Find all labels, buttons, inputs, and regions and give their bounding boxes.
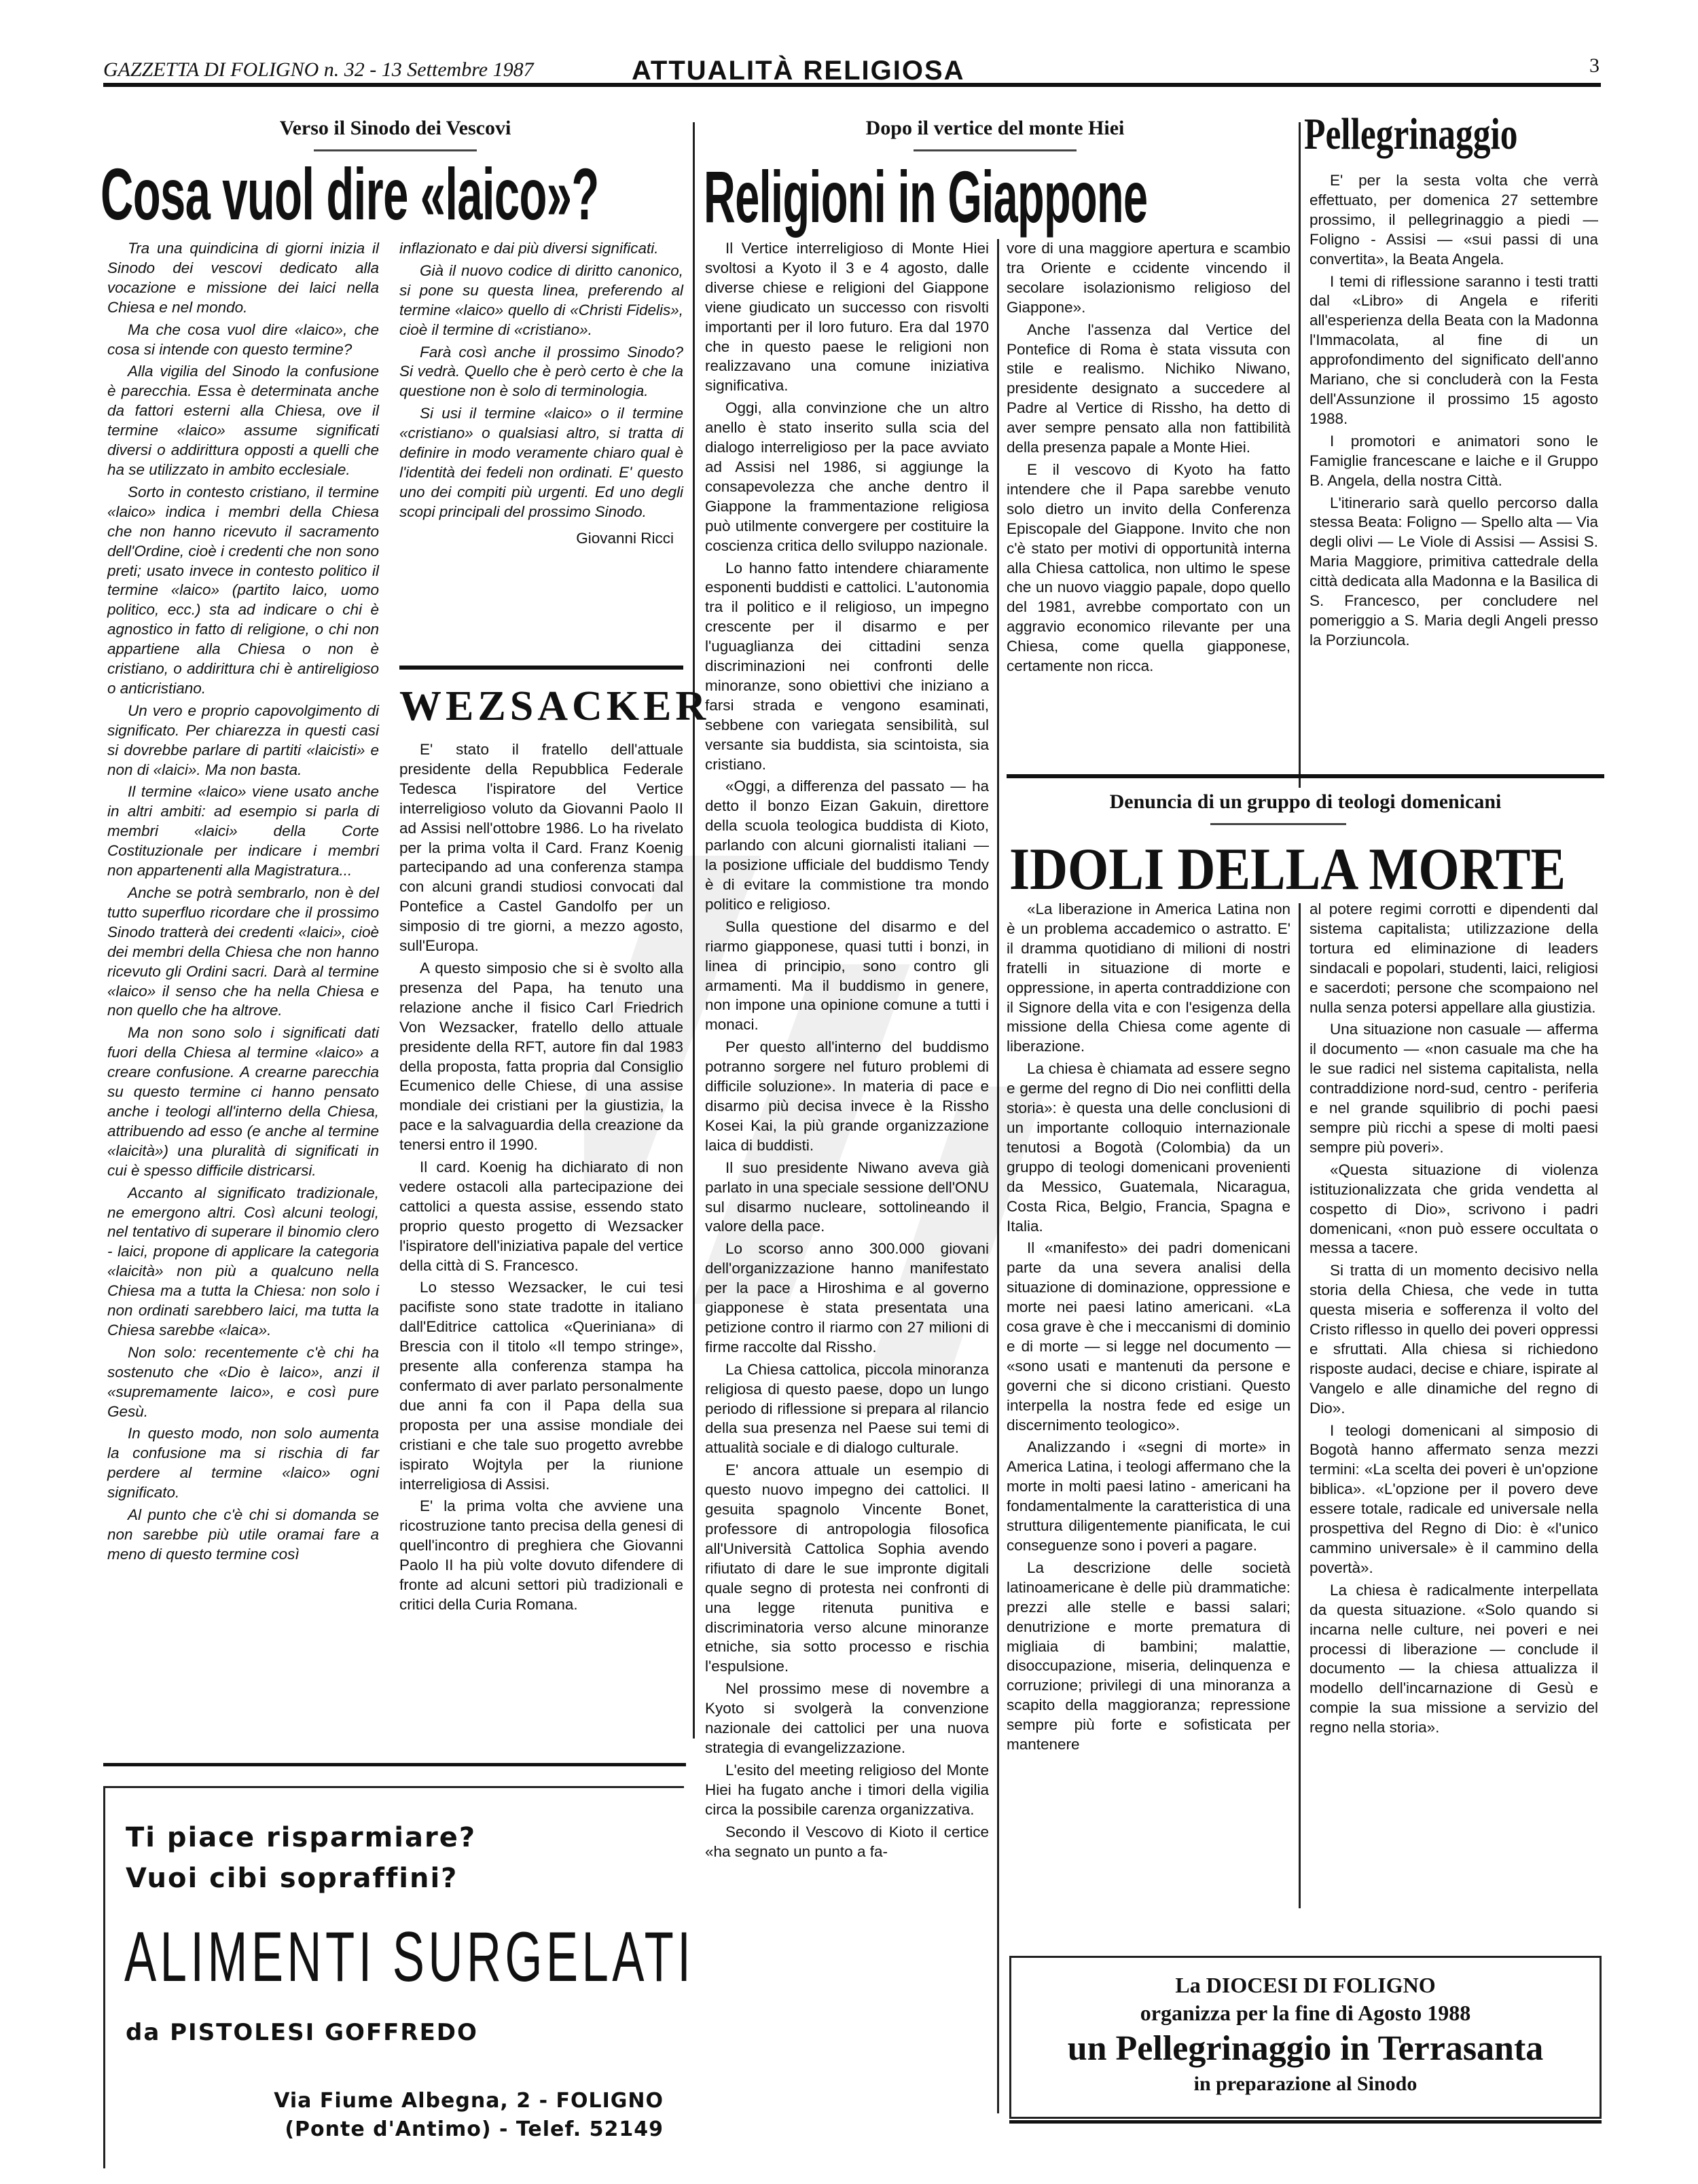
column-divider (997, 239, 999, 2113)
paragraph: Il suo presidente Niwano aveva già parla… (705, 1159, 989, 1237)
section-rule (399, 666, 683, 670)
paragraph: Il termine «laico» viene usato anche in … (107, 782, 379, 881)
article-headline: Religioni in Giappone (704, 160, 1147, 234)
article-giappone-kicker-block: Dopo il vertice del monte Hiei (700, 117, 1290, 151)
paragraph: «La liberazione in America Latina non è … (1007, 900, 1290, 1057)
paragraph: «Questa situazione di violenza istituzio… (1309, 1161, 1598, 1259)
paragraph: Tra una quindicina di giorni inizia il S… (107, 239, 379, 318)
ad-address: Via Fiume Albegna, 2 - FOLIGNO (Ponte d'… (274, 2087, 664, 2144)
paragraph: Sulla questione del disarmo e del riarmo… (705, 917, 989, 1035)
paragraph: Oggi, alla convinzione che un altro anel… (705, 399, 989, 556)
paragraph: L'itinerario sarà quello percorso dalla … (1309, 494, 1598, 651)
paragraph: al potere regimi corrotti e dipendenti d… (1309, 900, 1598, 1017)
paragraph: vore di una maggiore apertura e scambio … (1007, 239, 1290, 318)
article-headline: Cosa vuol dire «laico»? (101, 158, 599, 231)
paragraph: Lo scorso anno 300.000 giovani dell'orga… (705, 1239, 989, 1357)
paragraph: Anche l'assenza dal Vertice del Pontefic… (1007, 321, 1290, 458)
author-signature: Giovanni Ricci (399, 529, 683, 549)
ad-line: organizza per la fine di Agosto 1988 (1011, 2001, 1600, 2026)
ad-line: Vuoi cibi sopraffini? (126, 1863, 458, 1894)
ad-line: Ti piace risparmiare? (126, 1822, 476, 1853)
paragraph: In questo modo, non solo aumenta la conf… (107, 1424, 379, 1503)
article-laico-col2: inflazionato e dai più diversi significa… (399, 239, 683, 549)
page-number: 3 (1589, 54, 1600, 77)
paragraph: E' per la sesta volta che verrà effettua… (1309, 171, 1598, 270)
paragraph: I promotori e animatori sono le Famiglie… (1309, 432, 1598, 491)
section-title: ATTUALITÀ RELIGIOSA (632, 56, 965, 86)
section-rule (1007, 774, 1604, 778)
ad-main-title: un Pellegrinaggio in Terrasanta (1011, 2028, 1600, 2069)
paragraph: Alla vigilia del Sinodo la confusione è … (107, 362, 379, 479)
paragraph: Il Vertice interreligioso di Monte Hiei … (705, 239, 989, 396)
paragraph: La chiesa è chiamata ad essere segno e g… (1007, 1059, 1290, 1236)
ad-main-title: ALIMENTI SURGELATI (124, 1917, 694, 1998)
column-divider (1299, 903, 1301, 1908)
article-headline: WEZSACKER (399, 682, 683, 731)
article-laico-col1: Tra una quindicina di giorni inizia il S… (107, 239, 379, 1567)
column-divider (693, 122, 695, 1739)
paragraph: Si tratta di un momento decisivo nella s… (1309, 1261, 1598, 1418)
article-kicker: Verso il Sinodo dei Vescovi (103, 117, 687, 140)
paragraph: Al punto che c'è chi si domanda se non s… (107, 1506, 379, 1565)
ad-surgelati: Ti piace risparmiare? Vuoi cibi sopraffi… (103, 1786, 684, 2168)
paragraph: inflazionato e dai più diversi significa… (399, 239, 683, 259)
paragraph: I temi di riflessione saranno i testi tr… (1309, 272, 1598, 429)
paragraph: La Chiesa cattolica, piccola minoranza r… (705, 1360, 989, 1459)
paragraph: La chiesa è radicalmente interpellata da… (1309, 1581, 1598, 1738)
article-idoli-col1: «La liberazione in America Latina non è … (1007, 900, 1290, 1758)
ad-terrasanta: La DIOCESI DI FOLIGNO organizza per la f… (1009, 1956, 1602, 2119)
article-headline: IDOLI DELLA MORTE (1009, 835, 1566, 904)
paragraph: E il vescovo di Kyoto ha fatto intendere… (1007, 460, 1290, 676)
paragraph: Si usi il termine «laico» o il termine «… (399, 404, 683, 522)
ad-top-rule (103, 1763, 686, 1766)
paragraph: L'esito del meeting religioso del Monte … (705, 1761, 989, 1820)
paragraph: Secondo il Vescovo di Kioto il certice «… (705, 1823, 989, 1862)
masthead-paper-info: GAZZETTA DI FOLIGNO n. 32 - 13 Settembre… (103, 58, 534, 81)
kicker-underline (314, 149, 477, 151)
paragraph: E' la prima volta che avviene una ricost… (399, 1497, 683, 1614)
paragraph: Già il nuovo codice di diritto canonico,… (399, 261, 683, 340)
article-giappone-col1: Il Vertice interreligioso di Monte Hiei … (705, 239, 989, 1864)
kicker-underline (914, 149, 1077, 151)
article-idoli-col2: al potere regimi corrotti e dipendenti d… (1309, 900, 1598, 1741)
column-divider (1299, 122, 1301, 788)
paragraph: Il card. Koenig ha dichiarato di non ved… (399, 1158, 683, 1275)
paragraph: Non solo: recentemente c'è chi ha sosten… (107, 1343, 379, 1422)
article-idoli-kicker-block: Denuncia di un gruppo di teologi domenic… (1007, 790, 1604, 825)
ad-line: in preparazione al Sinodo (1011, 2073, 1600, 2096)
paragraph: Nel prossimo mese di novembre a Kyoto si… (705, 1679, 989, 1758)
paragraph: Lo stesso Wezsacker, le cui tesi pacifis… (399, 1278, 683, 1494)
paragraph: Ma non sono solo i significati dati fuor… (107, 1023, 379, 1180)
article-headline: Pellegrinaggio (1304, 109, 1518, 160)
article-giappone-col2: vore di una maggiore apertura e scambio … (1007, 239, 1290, 679)
paragraph: Farà così anche il prossimo Sinodo? Si v… (399, 343, 683, 402)
ad-bottom-rule (1009, 2120, 1602, 2124)
paragraph: Il «manifesto» dei padri domenicani part… (1007, 1239, 1290, 1435)
paragraph: A questo simposio che si è svolto alla p… (399, 959, 683, 1155)
paragraph: La descrizione delle società latinoameri… (1007, 1559, 1290, 1755)
paragraph: «Oggi, a differenza del passato — ha det… (705, 777, 989, 914)
paragraph: E' ancora attuale un esempio di questo n… (705, 1461, 989, 1677)
ad-phone-line: (Ponte d'Antimo) - Telef. 52149 (274, 2115, 664, 2144)
paragraph: Accanto al significato tradizionale, ne … (107, 1184, 379, 1341)
paragraph: E' stato il fratello dell'attuale presid… (399, 740, 683, 956)
paragraph: Analizzando i «segni di morte» in Americ… (1007, 1438, 1290, 1555)
ad-address-line: Via Fiume Albegna, 2 - FOLIGNO (274, 2087, 664, 2115)
paragraph: Una situazione non casuale — afferma il … (1309, 1020, 1598, 1157)
article-laico-kicker-block: Verso il Sinodo dei Vescovi (103, 117, 687, 151)
masthead-rule (103, 83, 1601, 87)
article-kicker: Denuncia di un gruppo di teologi domenic… (1007, 790, 1604, 814)
paragraph: Lo hanno fatto intendere chiaramente esp… (705, 559, 989, 775)
article-kicker: Dopo il vertice del monte Hiei (700, 117, 1290, 140)
paragraph: Ma che cosa vuol dire «laico», che cosa … (107, 321, 379, 360)
article-wezsacker-body: E' stato il fratello dell'attuale presid… (399, 740, 683, 1618)
paragraph: Sorto in contesto cristiano, il termine … (107, 483, 379, 699)
ad-company-name: da PISTOLESI GOFFREDO (126, 2019, 478, 2046)
paragraph: Anche se potrà sembrarlo, non è del tutt… (107, 884, 379, 1021)
kicker-underline (1210, 823, 1346, 825)
paragraph: I teologi domenicani al simposio di Bogo… (1309, 1421, 1598, 1578)
paragraph: Un vero e proprio capovolgimento di sign… (107, 702, 379, 780)
paragraph: Per questo all'interno del buddismo potr… (705, 1038, 989, 1155)
ad-line: La DIOCESI DI FOLIGNO (1011, 1973, 1600, 1998)
article-pellegrinaggio-body: E' per la sesta volta che verrà effettua… (1309, 171, 1598, 653)
